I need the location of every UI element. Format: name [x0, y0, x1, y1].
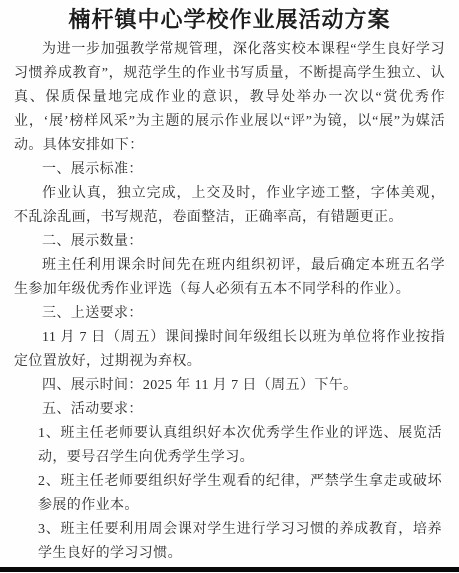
list-item: 3、班主任要利用周会课对学生进行学习习惯的养成教育，培养学生良好的学习习惯。 [38, 518, 442, 566]
section-4-heading: 四、展示时间：2025 年 11 月 7 日（周五）下午。 [14, 374, 445, 398]
list-item: 1、班主任老师要认真组织好本次优秀学生作业的评选、展览活动，要号召学生向优秀学生… [38, 422, 442, 470]
section-5-item-list: 1、班主任老师要认真组织好本次优秀学生作业的评选、展览活动，要号召学生向优秀学生… [38, 422, 442, 566]
section-2-body: 班主任利用课余时间先在班内组织初评，最后确定本班五名学生参加年级优秀作业评选（每… [14, 254, 445, 302]
section-1-heading: 一、展示标准： [14, 158, 445, 182]
section-1-body: 作业认真，独立完成，上交及时，作业字迹工整，字体美观，不乱涂乱画，书写规范，卷面… [14, 182, 445, 230]
intro-paragraph: 为进一步加强教学常规管理，深化落实校本课程“学生良好学习习惯养成教育”，规范学生… [14, 38, 445, 158]
section-2-heading: 二、展示数量： [14, 230, 445, 254]
document-title: 楠杆镇中心学校作业展活动方案 [14, 5, 445, 34]
section-3-heading: 三、上送要求： [14, 302, 445, 326]
section-3-body: 11 月 7 日（周五）课间操时间年级组长以班为单位将作业按指定位置放好，过期视… [14, 326, 445, 374]
document-page: 楠杆镇中心学校作业展活动方案 为进一步加强教学常规管理，深化落实校本课程“学生良… [0, 0, 459, 573]
bottom-border-line [0, 567, 459, 572]
list-item: 2、班主任老师要组织好学生观看的纪律，严禁学生拿走或破坏参展的作业本。 [38, 470, 442, 518]
section-5-heading: 五、活动要求： [14, 398, 445, 422]
